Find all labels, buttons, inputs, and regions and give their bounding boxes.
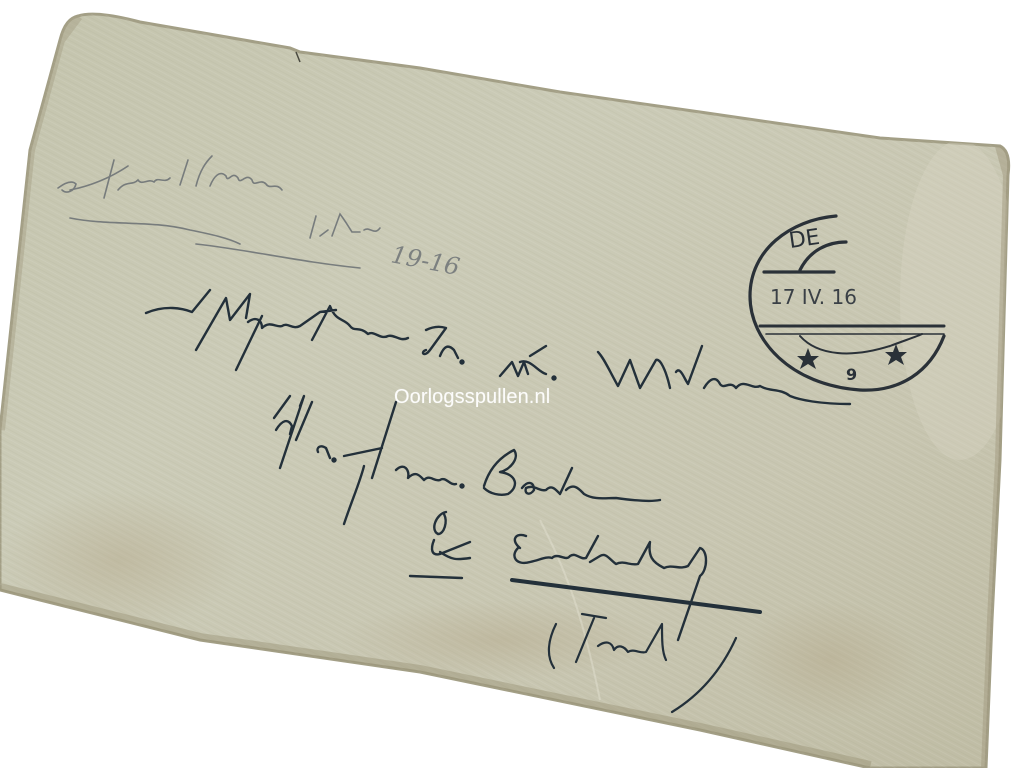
photo-scene: 19-16 xyxy=(0,0,1024,768)
envelope: 19-16 xyxy=(0,0,1024,768)
postmark-number: 9 xyxy=(846,365,857,384)
postmark-place: DE xyxy=(787,225,821,254)
watermark: Oorlogsspullen.nl xyxy=(394,386,550,409)
postmark-date: 17 IV. 16 xyxy=(770,285,857,309)
